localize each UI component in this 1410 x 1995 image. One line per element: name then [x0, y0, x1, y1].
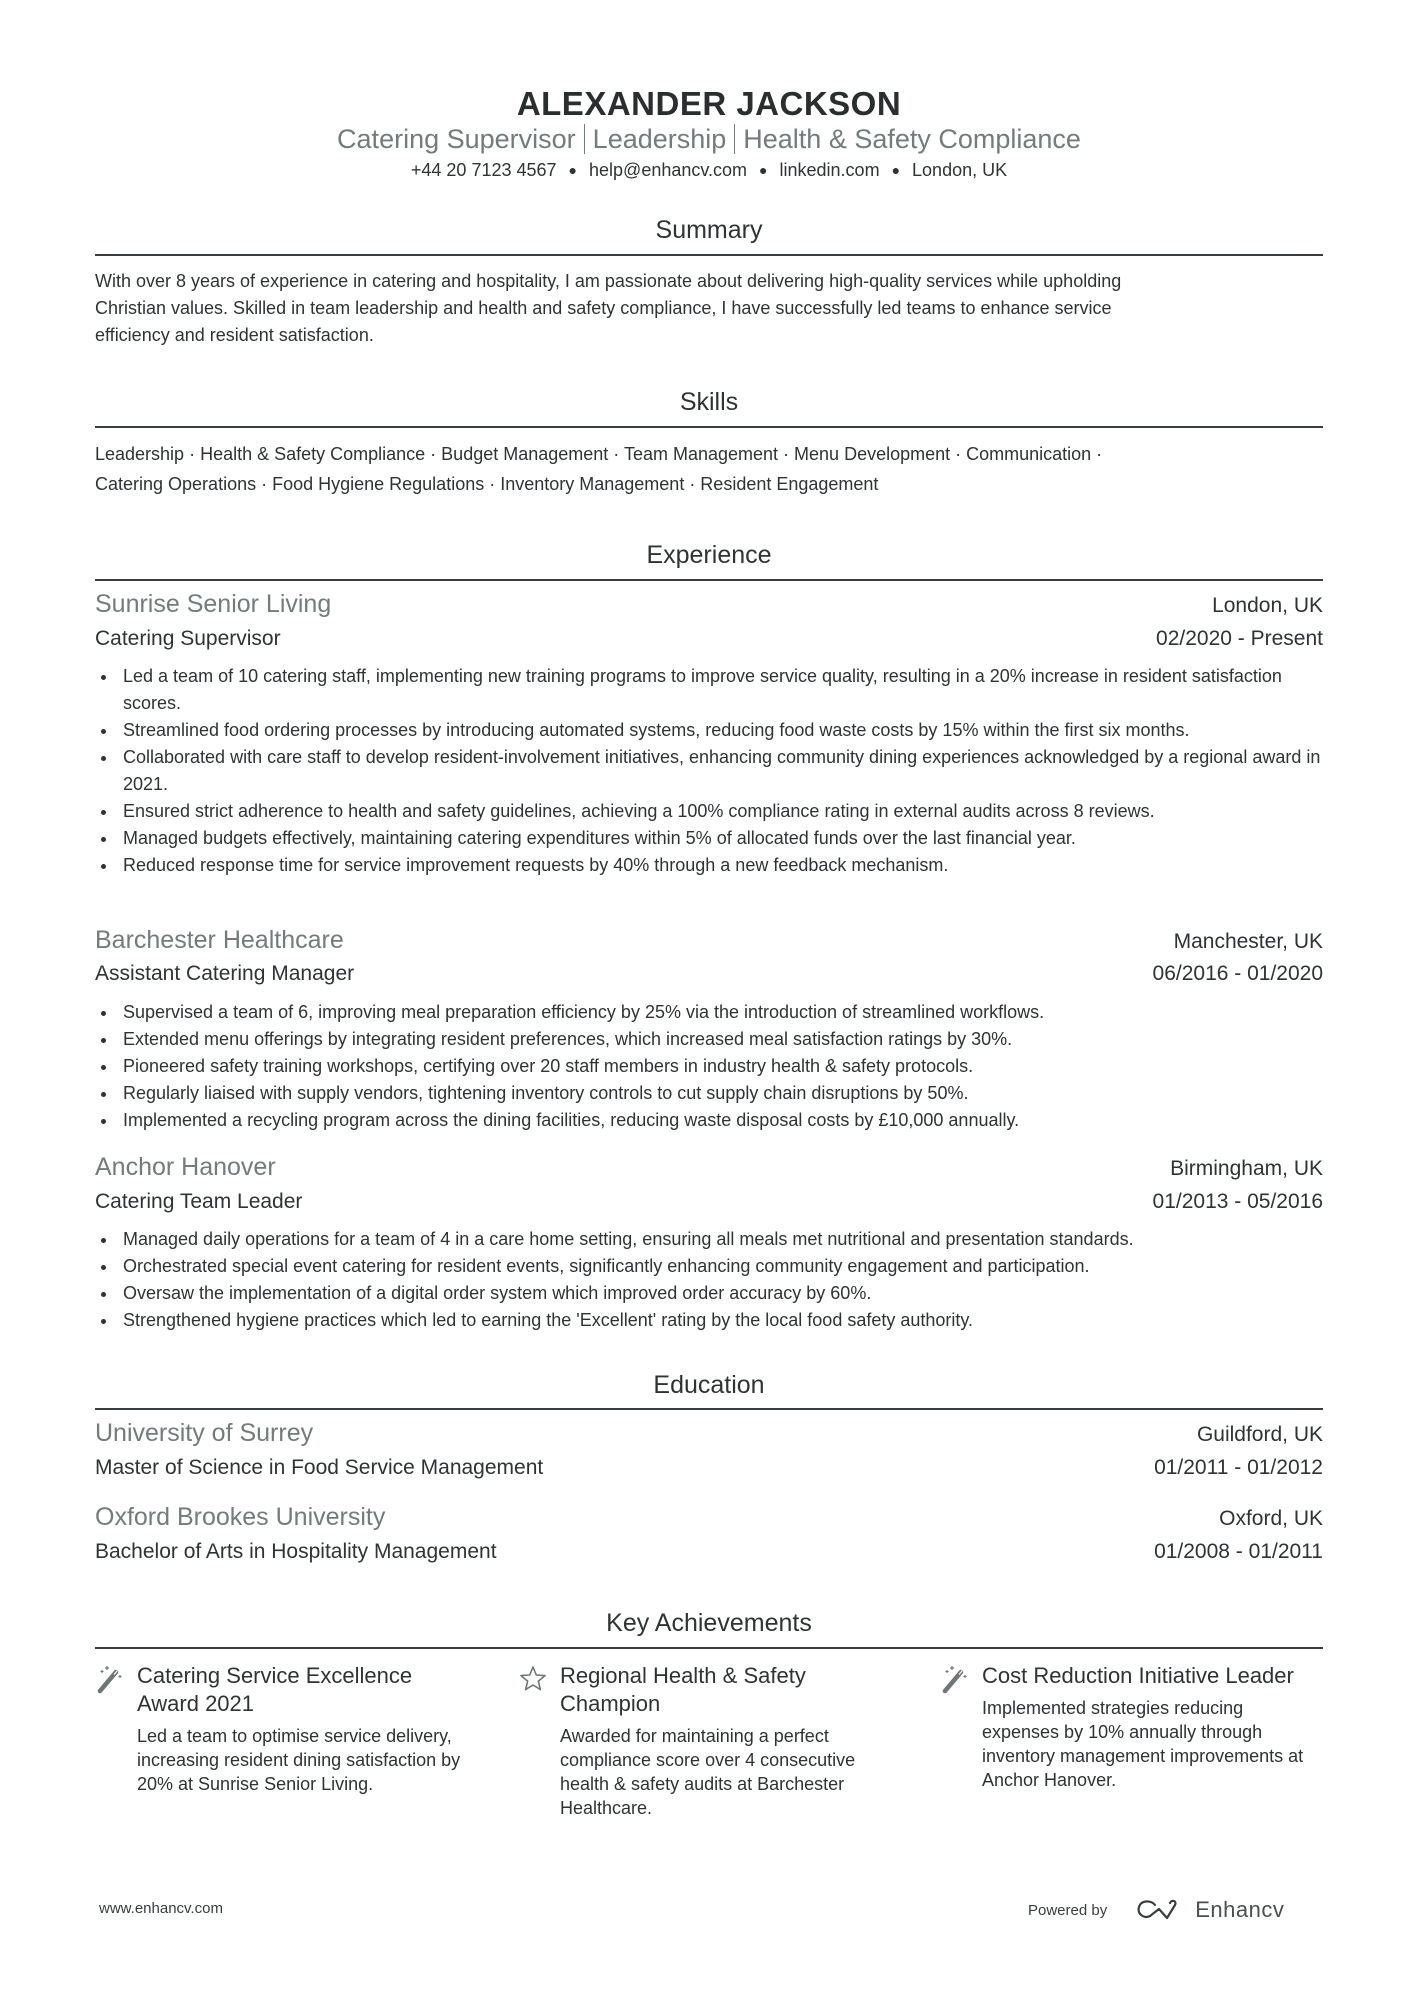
headline-separator [584, 124, 585, 154]
job-bullet: Implemented a recycling program across t… [95, 1107, 1323, 1134]
job-subheader: Catering Supervisor 02/2020 - Present [95, 627, 1323, 651]
job-title: Catering Supervisor [95, 627, 281, 651]
summary-line: With over 8 years of experience in cater… [95, 268, 1323, 295]
headline-skill: Health & Safety Compliance [743, 124, 1081, 154]
contact-info: +44 20 7123 4567●help@enhancv.com●linked… [95, 160, 1323, 181]
job-dates: 01/2013 - 05/2016 [1153, 1190, 1323, 1214]
achievement-title: Catering Service Excellence Award 2021 [137, 1662, 475, 1718]
education-subheader: Bachelor of Arts in Hospitality Manageme… [95, 1540, 1323, 1564]
job-bullets: Managed daily operations for a team of 4… [95, 1226, 1323, 1334]
skills-list: Leadership · Health & Safety Compliance … [95, 439, 1323, 499]
job-title: Catering Team Leader [95, 1190, 302, 1214]
job-bullet: Extended menu offerings by integrating r… [95, 1026, 1323, 1053]
brand-name: Enhancv [1195, 1897, 1284, 1923]
achievement-item: Catering Service Excellence Award 2021 L… [95, 1662, 475, 1796]
summary-line: Christian values. Skilled in team leader… [95, 295, 1323, 322]
degree: Master of Science in Food Service Manage… [95, 1456, 543, 1480]
job-dates: 06/2016 - 01/2020 [1153, 962, 1323, 986]
achievement-description: Awarded for maintaining a perfect compli… [560, 1724, 898, 1820]
headline-role: Catering Supervisor [337, 124, 576, 154]
job-bullets: Led a team of 10 catering staff, impleme… [95, 663, 1323, 879]
job-bullet: Strengthened hygiene practices which led… [95, 1307, 1323, 1334]
job-bullet: Collaborated with care staff to develop … [95, 744, 1323, 798]
achievement-title: Regional Health & Safety Champion [560, 1662, 898, 1718]
job-bullet: Reduced response time for service improv… [95, 852, 1323, 879]
job-bullet: Led a team of 10 catering staff, impleme… [95, 663, 1323, 717]
education-dates: 01/2011 - 01/2012 [1154, 1456, 1323, 1480]
job-title: Assistant Catering Manager [95, 962, 354, 986]
job-bullet: Oversaw the implementation of a digital … [95, 1280, 1323, 1307]
education-header: University of Surrey Guildford, UK [95, 1419, 1323, 1448]
bullet-separator: ● [892, 162, 900, 178]
job-dates: 02/2020 - Present [1156, 627, 1323, 651]
email-link[interactable]: help@enhancv.com [589, 160, 747, 180]
linkedin-link[interactable]: linkedin.com [780, 160, 880, 180]
powered-by-label: Powered by [1028, 1902, 1107, 1919]
school-location: Oxford, UK [1219, 1507, 1323, 1531]
section-divider [95, 1408, 1323, 1410]
section-title-experience: Experience [95, 541, 1323, 570]
magic-wand-icon [940, 1664, 970, 1694]
achievement-item: Regional Health & Safety Champion Awarde… [518, 1662, 898, 1820]
job-bullet: Orchestrated special event catering for … [95, 1253, 1323, 1280]
company-name: Barchester Healthcare [95, 926, 344, 955]
magic-wand-icon [95, 1664, 125, 1694]
location: London, UK [912, 160, 1007, 180]
achievement-item: Cost Reduction Initiative Leader Impleme… [940, 1662, 1320, 1792]
degree: Bachelor of Arts in Hospitality Manageme… [95, 1540, 497, 1564]
job-bullet: Managed daily operations for a team of 4… [95, 1226, 1323, 1253]
headline-separator [734, 124, 735, 154]
job-location: London, UK [1212, 594, 1323, 618]
star-icon [518, 1664, 548, 1694]
bullet-separator: ● [569, 162, 577, 178]
job-bullet: Ensured strict adherence to health and s… [95, 798, 1323, 825]
company-name: Anchor Hanover [95, 1153, 276, 1182]
enhancv-logo-icon [1135, 1897, 1183, 1923]
section-divider [95, 426, 1323, 428]
summary-line: efficiency and resident satisfaction. [95, 322, 1323, 349]
powered-by: Powered by Enhancv [1028, 1897, 1284, 1923]
job-bullet: Supervised a team of 6, improving meal p… [95, 999, 1323, 1026]
job-header: Barchester Healthcare Manchester, UK [95, 926, 1323, 955]
skills-line: Catering Operations · Food Hygiene Regul… [95, 469, 1323, 499]
education-header: Oxford Brookes University Oxford, UK [95, 1503, 1323, 1532]
school-name: Oxford Brookes University [95, 1503, 385, 1532]
school-location: Guildford, UK [1197, 1423, 1323, 1447]
job-bullet: Managed budgets effectively, maintaining… [95, 825, 1323, 852]
achievement-description: Led a team to optimise service delivery,… [137, 1724, 475, 1796]
job-bullet: Regularly liaised with supply vendors, t… [95, 1080, 1323, 1107]
job-subheader: Assistant Catering Manager 06/2016 - 01/… [95, 962, 1323, 986]
school-name: University of Surrey [95, 1419, 313, 1448]
section-title-achievements: Key Achievements [95, 1609, 1323, 1638]
education-dates: 01/2008 - 01/2011 [1154, 1540, 1323, 1564]
education-subheader: Master of Science in Food Service Manage… [95, 1456, 1323, 1480]
section-title-education: Education [95, 1371, 1323, 1400]
job-bullet: Streamlined food ordering processes by i… [95, 717, 1323, 744]
section-divider [95, 254, 1323, 256]
company-name: Sunrise Senior Living [95, 590, 331, 619]
section-title-skills: Skills [95, 388, 1323, 417]
section-title-summary: Summary [95, 216, 1323, 245]
job-bullets: Supervised a team of 6, improving meal p… [95, 999, 1323, 1134]
candidate-name: ALEXANDER JACKSON [95, 85, 1323, 123]
footer-website-link[interactable]: www.enhancv.com [99, 1900, 223, 1917]
achievement-title: Cost Reduction Initiative Leader [982, 1662, 1320, 1690]
achievement-description: Implemented strategies reducing expenses… [982, 1696, 1320, 1792]
section-divider [95, 579, 1323, 581]
job-bullet: Pioneered safety training workshops, cer… [95, 1053, 1323, 1080]
bullet-separator: ● [759, 162, 767, 178]
skills-line: Leadership · Health & Safety Compliance … [95, 439, 1323, 469]
job-subheader: Catering Team Leader 01/2013 - 05/2016 [95, 1190, 1323, 1214]
section-divider [95, 1647, 1323, 1649]
summary-text: With over 8 years of experience in cater… [95, 268, 1323, 349]
job-header: Sunrise Senior Living London, UK [95, 590, 1323, 619]
job-location: Manchester, UK [1174, 930, 1323, 954]
headline: Catering SupervisorLeadershipHealth & Sa… [95, 124, 1323, 155]
job-location: Birmingham, UK [1170, 1157, 1323, 1181]
job-header: Anchor Hanover Birmingham, UK [95, 1153, 1323, 1182]
phone: +44 20 7123 4567 [411, 160, 557, 180]
headline-skill: Leadership [593, 124, 727, 154]
